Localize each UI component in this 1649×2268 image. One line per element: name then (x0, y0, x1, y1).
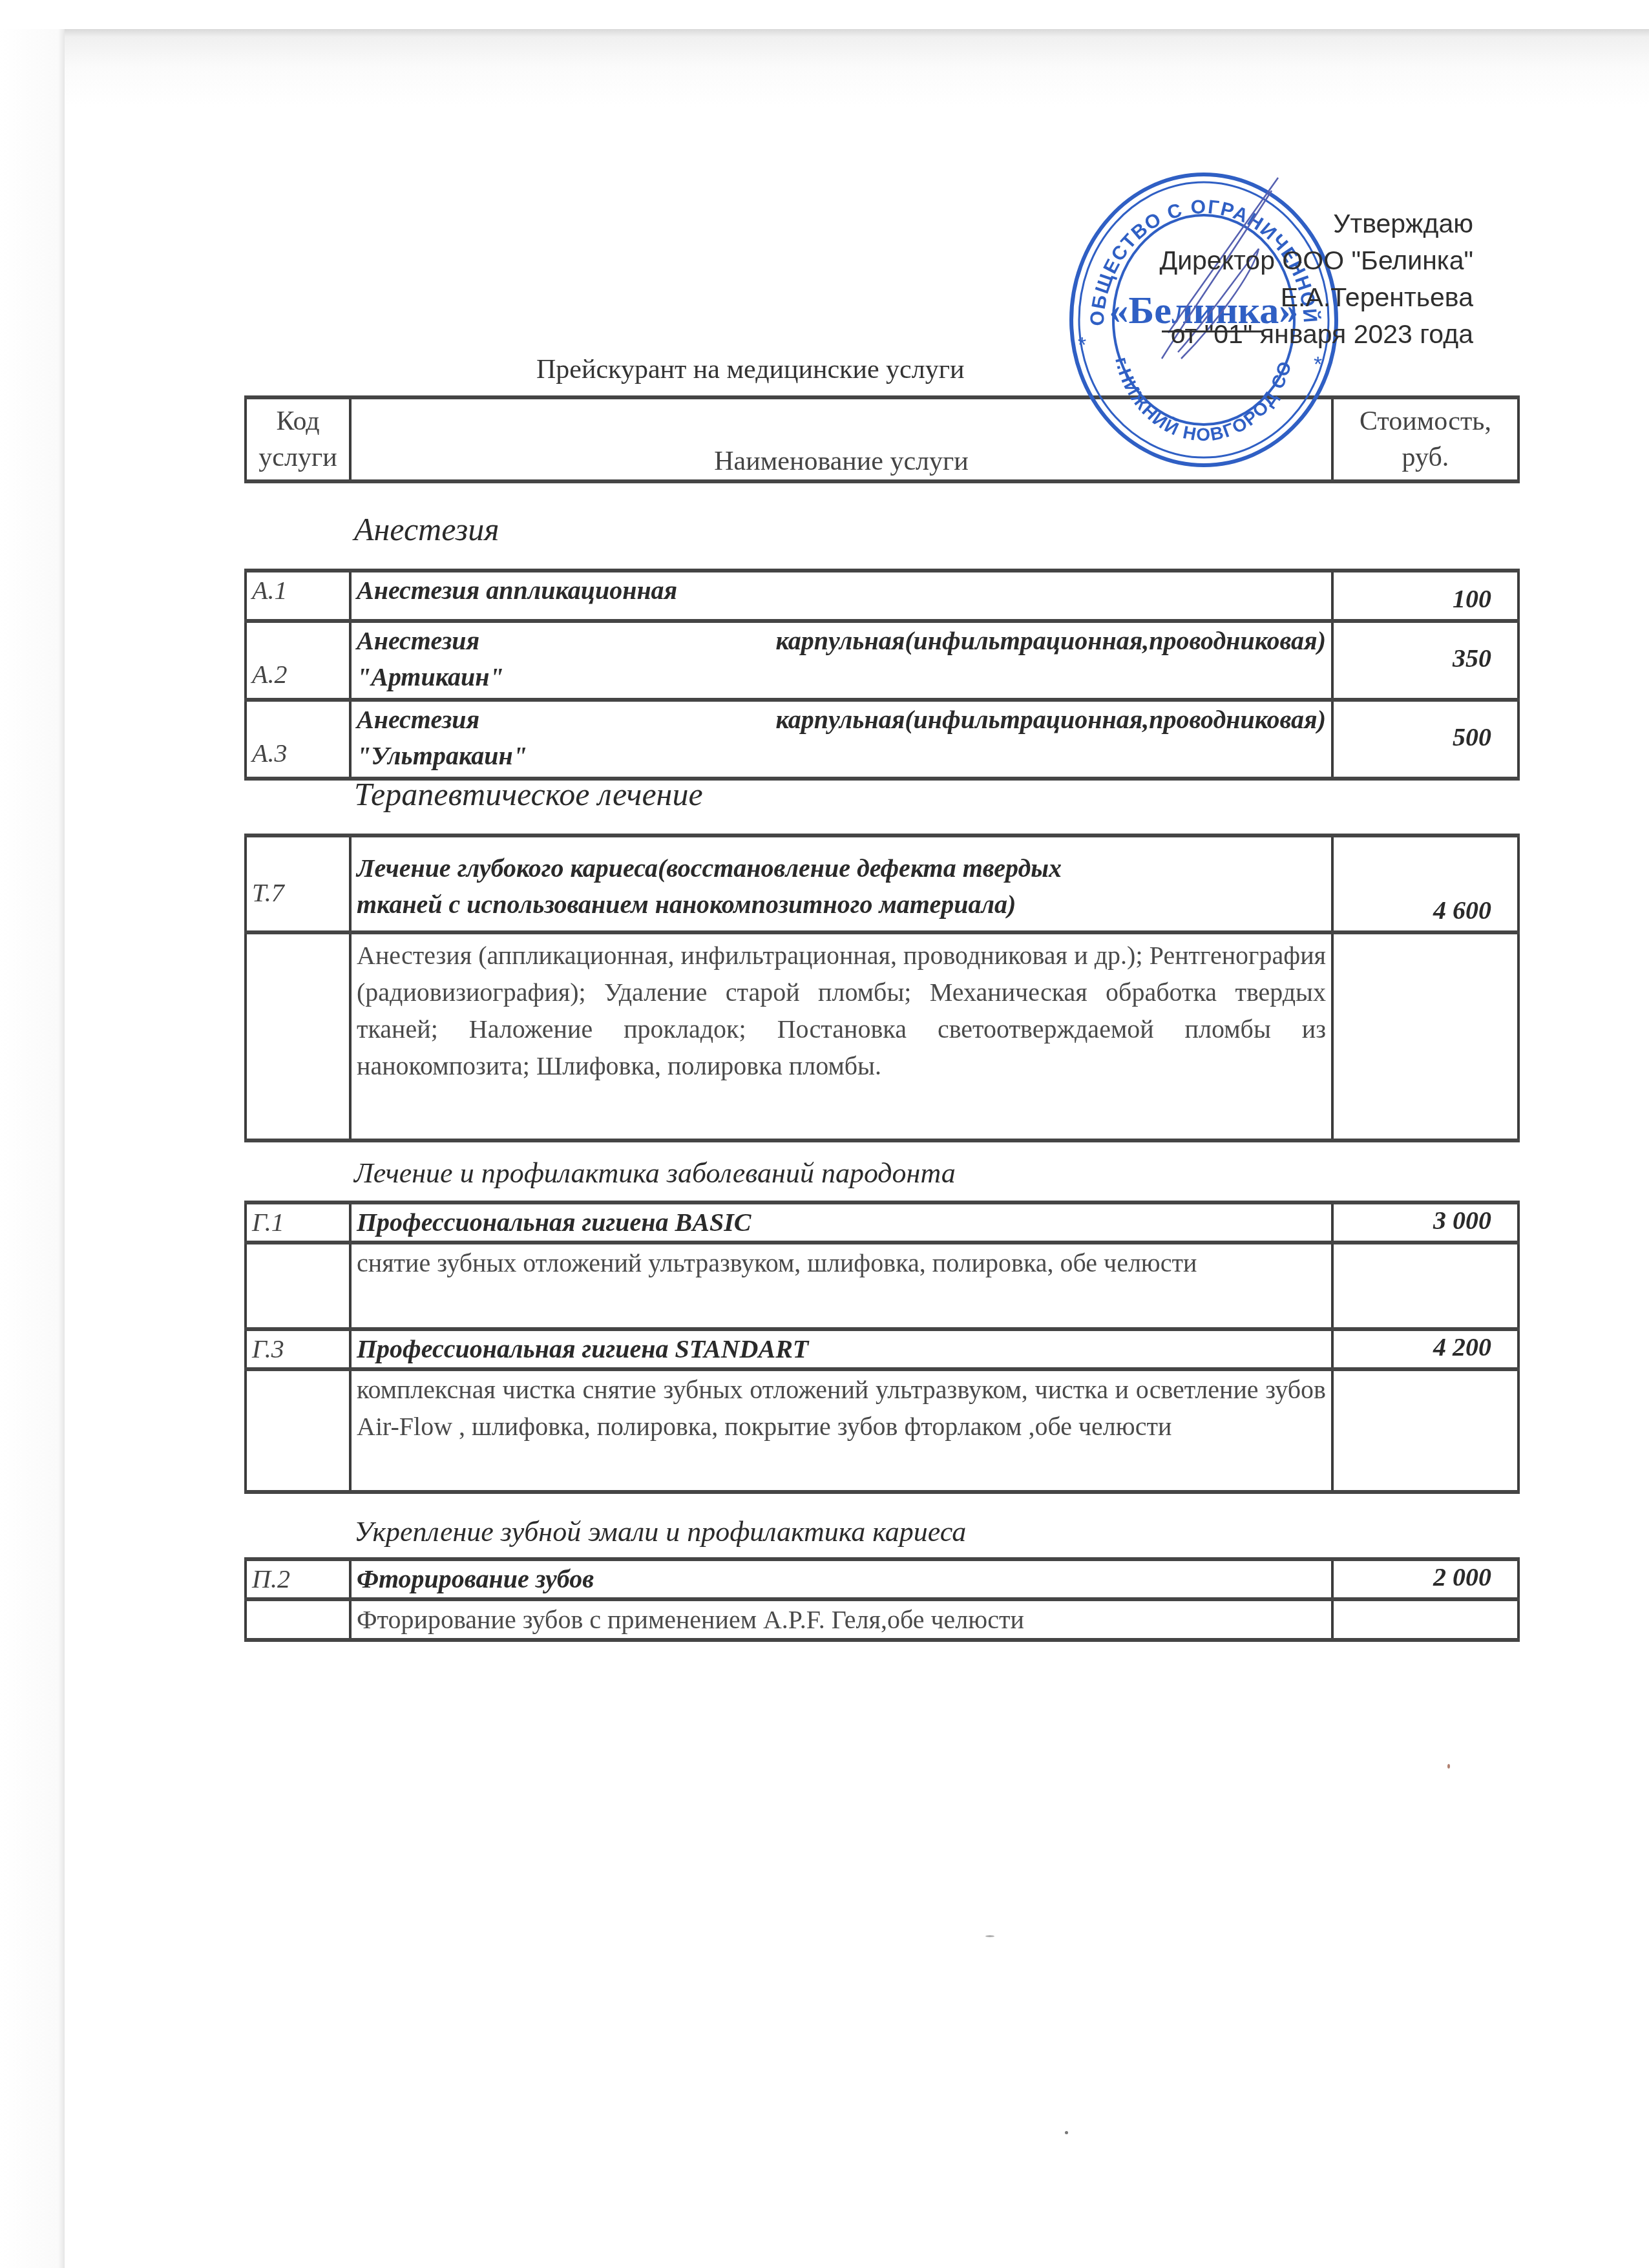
row-name-line2: тканей с использованием нанокомпозитного… (357, 887, 1326, 923)
row-name-line1: Анестезия карпульная(инфильтрационная,пр… (357, 702, 1326, 738)
approval-line-director: Директор ООО "Белинка" (1159, 242, 1473, 279)
table-row: П.2 Фторирование зубов 2 000 (246, 1559, 1518, 1599)
section-table-anesthesia: А.1 Анестезия аппликационная 100 А.2 Ане… (244, 569, 1520, 781)
row-price: 100 (1332, 571, 1518, 621)
row-description: снятие зубных отложений ультразвуком, шл… (350, 1243, 1332, 1329)
header-code-line2: услуги (252, 439, 344, 476)
row-name-line2: "Артикаин" (357, 659, 1326, 695)
row-name: Профессиональная гигиена STANDART (350, 1329, 1332, 1369)
header-price-line2: руб. (1339, 439, 1512, 476)
row-code-empty (246, 1243, 350, 1329)
row-price-empty (1332, 1243, 1518, 1329)
table-row: Г.1 Профессиональная гигиена BASIC 3 000 (246, 1202, 1518, 1243)
row-name-line1: Лечение глубокого кариеса(восстановление… (357, 850, 1326, 887)
header-price: Стоимость, руб. (1332, 397, 1518, 481)
approval-line-date: от "01" января 2023 года (1159, 316, 1473, 353)
scan-shadow-left (0, 29, 65, 2268)
table-row-description: Фторирование зубов с применением A.P.F. … (246, 1599, 1518, 1640)
header-price-line1: Стоимость, (1339, 403, 1512, 439)
row-code: А.2 (246, 621, 350, 700)
scan-shadow-top (65, 29, 1649, 107)
row-name: Анестезия аппликационная (350, 571, 1332, 621)
section-table-therapeutic: Т.7 Лечение глубокого кариеса(восстановл… (244, 834, 1520, 1142)
header-code: Код услуги (246, 397, 350, 481)
row-price: 500 (1332, 700, 1518, 779)
scan-speck (1447, 1764, 1450, 1769)
row-code: Т.7 (246, 835, 350, 932)
row-price-empty (1332, 1369, 1518, 1492)
row-name-line2: "Ультракаин" (357, 738, 1326, 774)
row-code: Г.3 (246, 1329, 350, 1369)
svg-text:*: * (1314, 352, 1322, 377)
section-title-anesthesia: Анестезия (354, 510, 499, 548)
row-name: Лечение глубокого кариеса(восстановление… (350, 835, 1332, 932)
row-code: П.2 (246, 1559, 350, 1599)
table-row: Г.3 Профессиональная гигиена STANDART 4 … (246, 1329, 1518, 1369)
table-row: А.2 Анестезия карпульная(инфильтрационна… (246, 621, 1518, 700)
table-row-description: снятие зубных отложений ультразвуком, шл… (246, 1243, 1518, 1329)
table-row: А.3 Анестезия карпульная(инфильтрационна… (246, 700, 1518, 779)
row-description: Анестезия (аппликационная, инфильтрацион… (350, 932, 1332, 1140)
section-table-periodontal: Г.1 Профессиональная гигиена BASIC 3 000… (244, 1201, 1520, 1494)
row-name: Анестезия карпульная(инфильтрационная,пр… (350, 700, 1332, 779)
table-row: Т.7 Лечение глубокого кариеса(восстановл… (246, 835, 1518, 932)
approval-block: Утверждаю Директор ООО "Белинка" Е.А.Тер… (1159, 205, 1473, 353)
table-row-description: комплексная чистка снятие зубных отложен… (246, 1369, 1518, 1492)
row-code: А.3 (246, 700, 350, 779)
row-name: Фторирование зубов (350, 1559, 1332, 1599)
row-price: 4 600 (1332, 835, 1518, 932)
row-name: Анестезия карпульная(инфильтрационная,пр… (350, 621, 1332, 700)
approval-line-signatory: Е.А.Терентьева (1159, 279, 1473, 316)
row-price-empty (1332, 1599, 1518, 1640)
row-price: 350 (1332, 621, 1518, 700)
row-price: 2 000 (1332, 1559, 1518, 1599)
table-row: А.1 Анестезия аппликационная 100 (246, 571, 1518, 621)
scan-speck (1065, 2131, 1068, 2134)
header-code-line1: Код (252, 403, 344, 439)
approval-line-approve: Утверждаю (1159, 205, 1473, 242)
row-price: 4 200 (1332, 1329, 1518, 1369)
scan-speck (985, 1935, 994, 1937)
row-name: Профессиональная гигиена BASIC (350, 1202, 1332, 1243)
row-code-empty (246, 932, 350, 1140)
row-code-empty (246, 1369, 350, 1492)
row-code: А.1 (246, 571, 350, 621)
row-code: Г.1 (246, 1202, 350, 1243)
row-description: комплексная чистка снятие зубных отложен… (350, 1369, 1332, 1492)
row-name-line1: Анестезия карпульная(инфильтрационная,пр… (357, 623, 1326, 659)
table-row-description: Анестезия (аппликационная, инфильтрацион… (246, 932, 1518, 1140)
svg-text:*: * (1078, 333, 1086, 357)
page-title: Прейскурант на медицинские услуги (536, 354, 964, 385)
row-code-empty (246, 1599, 350, 1640)
row-price-empty (1332, 932, 1518, 1140)
section-table-enamel: П.2 Фторирование зубов 2 000 Фторировани… (244, 1557, 1520, 1642)
row-description: Фторирование зубов с применением A.P.F. … (350, 1599, 1332, 1640)
row-price: 3 000 (1332, 1202, 1518, 1243)
section-title-enamel: Укрепление зубной эмали и профилактика к… (354, 1515, 966, 1548)
section-title-periodontal: Лечение и профилактика заболеваний парод… (354, 1157, 956, 1190)
section-title-therapeutic: Терапевтическое лечение (354, 775, 703, 813)
